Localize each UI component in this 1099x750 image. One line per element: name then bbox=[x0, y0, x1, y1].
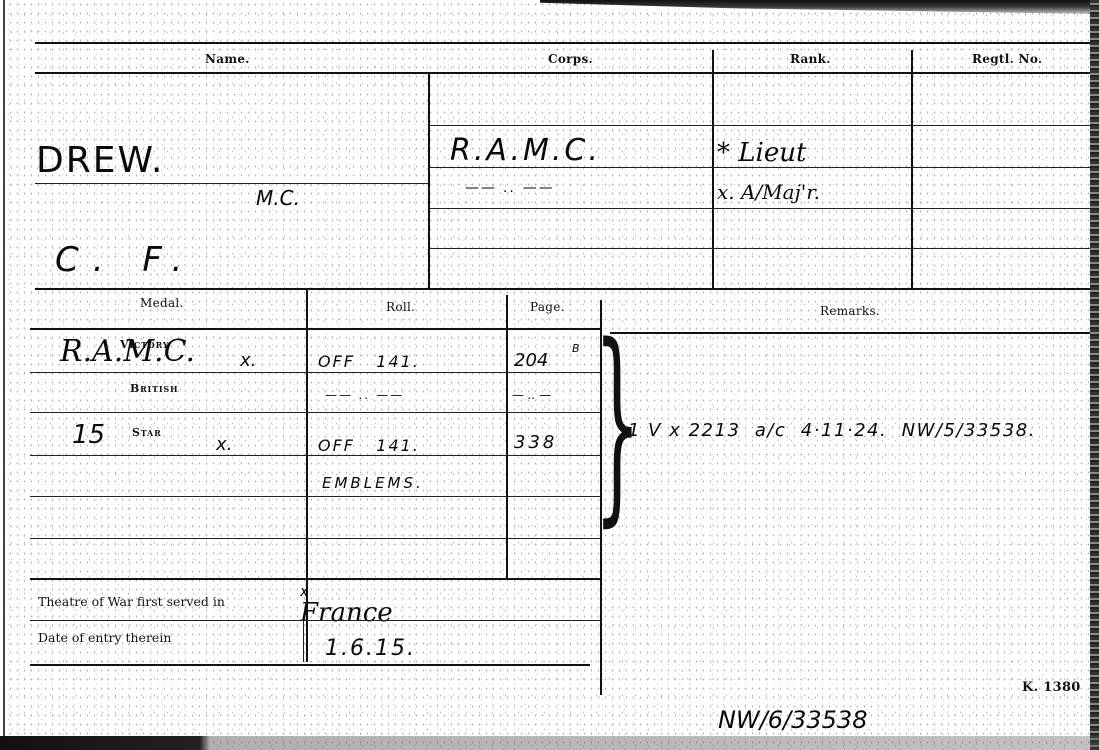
surname: DREW. bbox=[36, 140, 164, 181]
row-line bbox=[30, 412, 600, 413]
divider-rank-regtl bbox=[911, 50, 913, 288]
theatre-label: Theatre of War first served in bbox=[38, 594, 225, 609]
honours: M.C. bbox=[256, 186, 300, 210]
rank-2: x. A/Maj'r. bbox=[717, 180, 820, 204]
row-line bbox=[30, 578, 600, 580]
row-line bbox=[30, 328, 600, 330]
medal-row1-mark: x. bbox=[240, 350, 256, 371]
divider-name-corps bbox=[428, 72, 430, 288]
initials: C. F. bbox=[55, 240, 196, 280]
corps-value: R.A.M.C. bbox=[450, 133, 601, 168]
scan-shadow-bottom bbox=[0, 736, 1099, 750]
medal-row3-type: Star bbox=[132, 426, 162, 439]
row-line bbox=[430, 248, 1090, 249]
row-line bbox=[30, 372, 600, 373]
footer-reference: NW/6/33538 bbox=[718, 706, 867, 734]
section-divider bbox=[35, 288, 1090, 290]
medal-row1-type: Victory bbox=[120, 338, 169, 351]
medal-row3-year: 15 bbox=[72, 420, 105, 450]
card-right-edge bbox=[1090, 0, 1099, 750]
top-border bbox=[35, 42, 1090, 44]
entry-date-value: 1.6.15. bbox=[325, 636, 416, 661]
row-line bbox=[30, 538, 600, 539]
header-roll: Roll. bbox=[386, 300, 415, 314]
medal-row2-page: — .. — bbox=[512, 388, 551, 402]
medal-row3-mark: x. bbox=[216, 434, 232, 455]
name-line bbox=[35, 183, 428, 184]
corps-ditto: —— .. —— bbox=[465, 180, 555, 196]
row-line bbox=[430, 208, 1090, 209]
divider-corps-rank bbox=[712, 50, 714, 288]
row-line bbox=[430, 125, 1090, 126]
medal-row2-roll: —— .. —— bbox=[325, 388, 404, 402]
header-page: Page. bbox=[530, 300, 565, 314]
medal-row4-roll: EMBLEMS. bbox=[322, 474, 424, 492]
medal-row3-page: 338 bbox=[514, 432, 557, 453]
medal-row2-type: British bbox=[130, 382, 178, 395]
medal-row1-page: 204 bbox=[514, 350, 548, 371]
theatre-value: France bbox=[300, 598, 393, 628]
medal-row3-roll: OFF 141. bbox=[318, 436, 420, 455]
medal-row1-page-suffix: B bbox=[572, 342, 580, 355]
header-corps: Corps. bbox=[548, 52, 593, 66]
remarks-text: 1 V x 2213 a/c 4·11·24. NW/5/33538. bbox=[628, 420, 1036, 441]
card-left-edge bbox=[3, 0, 5, 740]
scan-shadow-top bbox=[540, 0, 1099, 14]
header-rank: Rank. bbox=[790, 52, 831, 66]
header-regtl-no: Regtl. No. bbox=[972, 52, 1042, 66]
row-line bbox=[30, 455, 600, 456]
header-underline bbox=[35, 72, 1090, 74]
row-line bbox=[30, 664, 590, 666]
rank-1: * Lieut bbox=[717, 138, 806, 168]
remarks-underline bbox=[610, 332, 1090, 334]
form-number: K. 1380 bbox=[1022, 680, 1081, 695]
entry-date-label: Date of entry therein bbox=[38, 630, 171, 645]
header-remarks: Remarks. bbox=[820, 304, 880, 318]
header-name: Name. bbox=[205, 52, 250, 66]
entry-divider bbox=[303, 620, 304, 662]
row-line bbox=[30, 620, 600, 621]
row-line bbox=[30, 496, 600, 497]
header-medal: Medal. bbox=[140, 296, 184, 310]
medal-row1-roll: OFF 141. bbox=[318, 352, 420, 371]
